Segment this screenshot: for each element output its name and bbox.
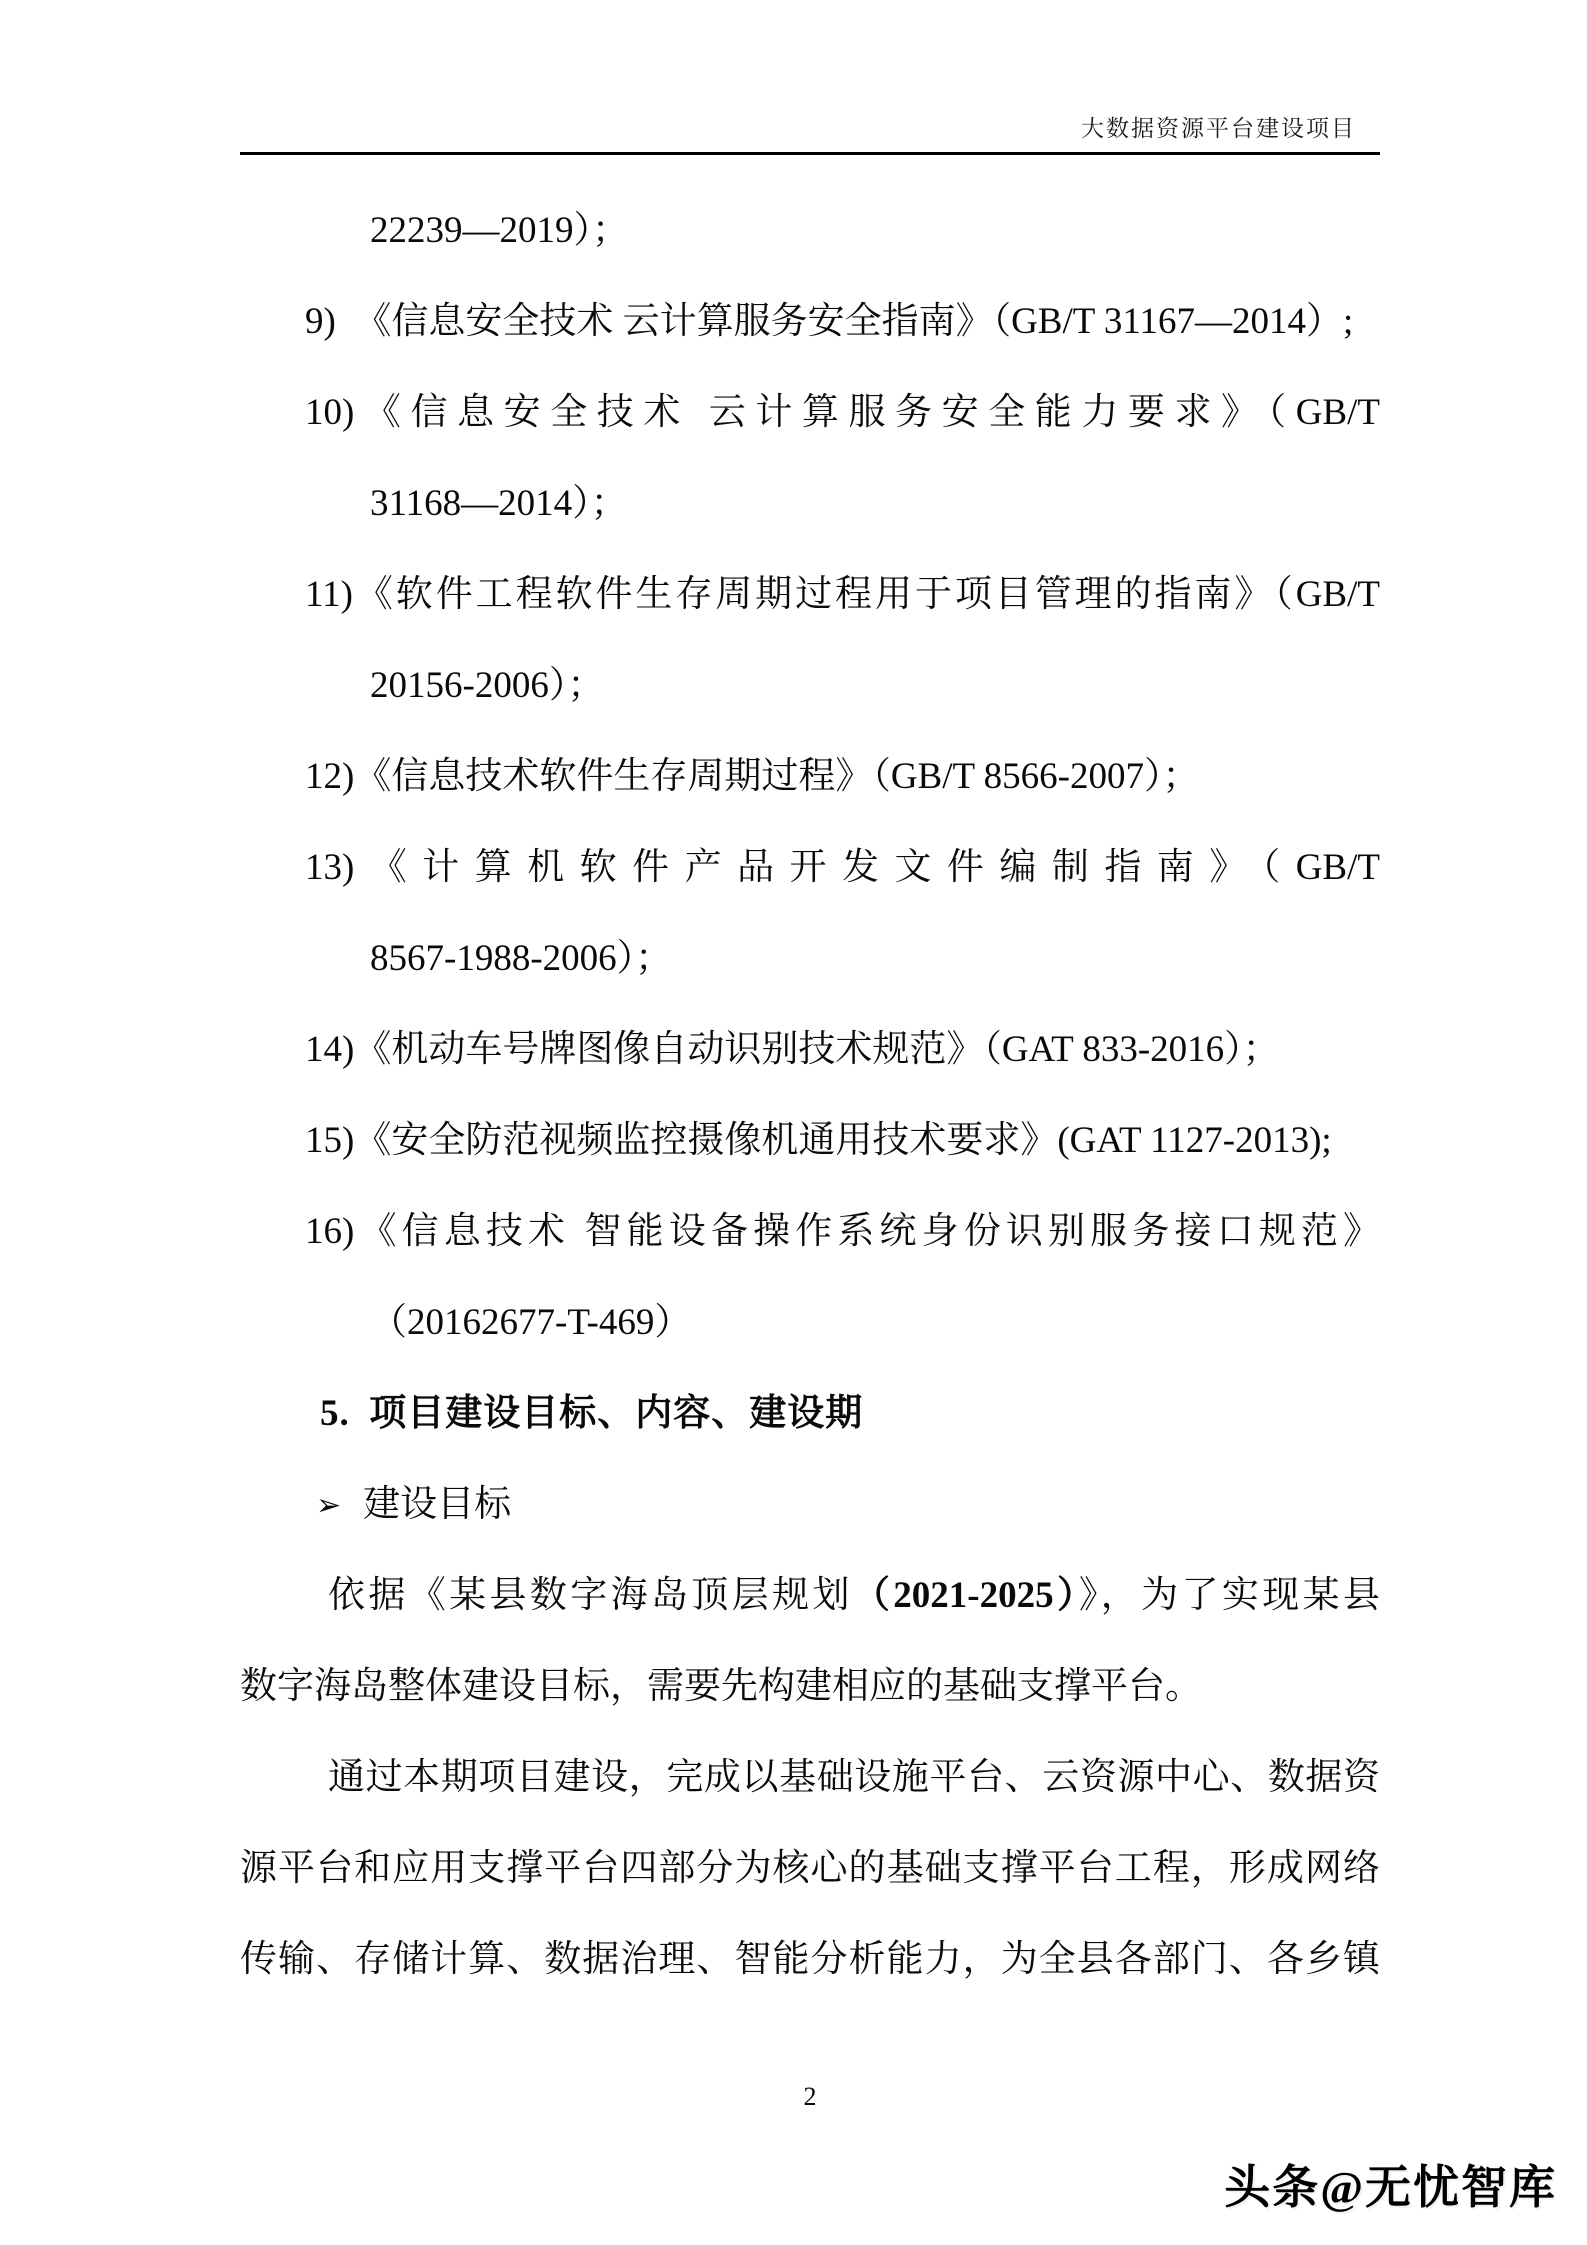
reference-item-11: 11)《软件工程软件生存周期过程用于项目管理的指南》（GB/T [240,549,1380,640]
section-5-heading: 5. 项目建设目标、内容、建设期 [240,1368,1380,1459]
arrow-bullet-icon: ➢ [316,1460,341,1551]
bullet-label: 建设目标 [363,1484,511,1525]
paragraph-1-line-1: 依据《某县数字海岛顶层规划（2021-2025）》，为了实现某县 [240,1550,1380,1641]
reference-item-10: 10)《信息安全技术 云计算服务安全能力要求》（GB/T [240,367,1380,458]
paragraph-1-text-post: 》，为了实现某县 [1079,1575,1380,1616]
reference-item-9: 9) 《信息安全技术 云计算服务安全指南》（GB/T 31167—2014）; [240,276,1380,367]
paragraph-1-text-pre: 依据《某县数字海岛顶层规划 [328,1575,853,1616]
reference-item-13: 13)《计算机软件产品开发文件编制指南》（GB/T [240,822,1380,913]
paragraph-1-plan-years: （2021-2025） [853,1575,1079,1616]
reference-item-16-continuation: （20162677-T-469） [240,1277,1380,1368]
page-number: 2 [240,2062,1380,2132]
reference-item-8-continuation: 22239—2019）； [240,185,1380,276]
paragraph-1-line-2: 数字海岛整体建设目标，需要先构建相应的基础支撑平台。 [240,1641,1380,1732]
reference-item-15: 15)《安全防范视频监控摄像机通用技术要求》(GAT 1127-2013); [240,1095,1380,1186]
document-page: 大数据资源平台建设项目 22239—2019）； 9) 《信息安全技术 云计算服… [0,0,1587,2245]
header-rule [240,152,1380,155]
watermark: 头条@无忧智库 [1224,2151,1557,2217]
document-body: 22239—2019）； 9) 《信息安全技术 云计算服务安全指南》（GB/T … [240,185,1380,2005]
header-title: 大数据资源平台建设项目 [1081,110,1356,143]
construction-goal-bullet: ➢建设目标 [240,1459,1380,1550]
reference-item-11-continuation: 20156-2006）； [240,640,1380,731]
reference-item-13-continuation: 8567-1988-2006）； [240,913,1380,1004]
reference-item-14: 14)《机动车号牌图像自动识别技术规范》（GAT 833-2016）； [240,1004,1380,1095]
reference-item-16: 16)《信息技术 智能设备操作系统身份识别服务接口规范》 [240,1186,1380,1277]
paragraph-2-line-3: 传输、存储计算、数据治理、智能分析能力，为全县各部门、各乡镇 [240,1914,1380,2005]
paragraph-2-line-1: 通过本期项目建设，完成以基础设施平台、云资源中心、数据资 [240,1732,1380,1823]
reference-item-10-continuation: 31168—2014）； [240,458,1380,549]
paragraph-2-line-2: 源平台和应用支撑平台四部分为核心的基础支撑平台工程，形成网络 [240,1823,1380,1914]
reference-item-12: 12)《信息技术软件生存周期过程》（GB/T 8566-2007）； [240,731,1380,822]
